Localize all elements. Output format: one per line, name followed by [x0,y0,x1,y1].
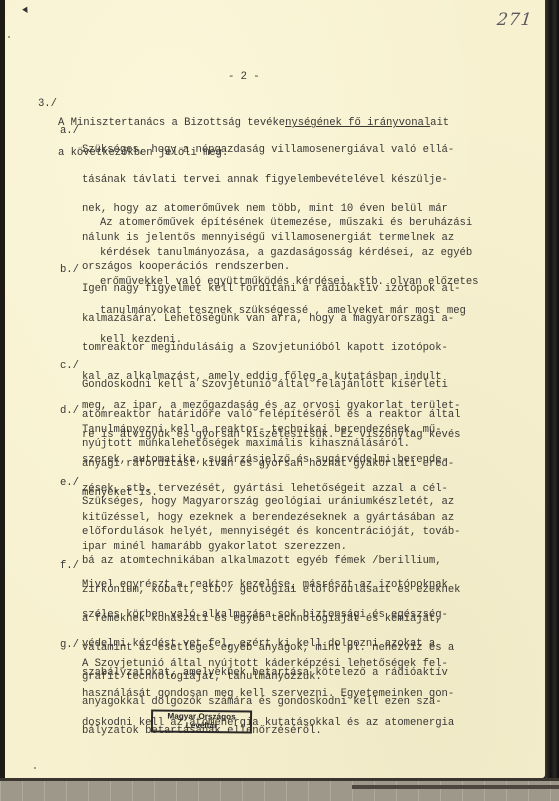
archive-stamp: Magyar Országos Levéltár [151,709,252,733]
list-item-d: d./ Tanulmányozni kell a reaktor- techni… [60,407,73,436]
item-label: g./ [60,641,79,651]
scan-ruler-strip [0,781,559,801]
page-right-edge [545,0,559,780]
paper-speck [8,36,10,38]
list-item-a: a./ Szükséges, hogy a népgazdaság villam… [60,127,73,156]
item-label: c./ [60,362,79,372]
text-line: előfordulások helyét, mennyiségét és kon… [82,528,460,538]
text-line: Szükséges, hogy Magyarország geológiai u… [82,498,460,508]
item-label: b./ [60,266,79,276]
text-line: kalmazására. Lehetőségünk van arra, hogy… [82,315,460,325]
section-3: 3./ A Minisztertanács a Bizottság tevéke… [38,100,51,129]
text-line: tomreaktor megindulásáig a Szovjetunióbó… [82,344,460,354]
list-item-b: b./ Igen nagy figyelmet kell fordítani a… [60,266,73,295]
text-line: Tanulmányozni kell a reaktor- technikai … [82,426,454,436]
paper-speck [34,767,36,769]
text-line: Gondoskodni kell a Szovjetunió által fel… [82,381,460,391]
text-line: kérdések tanulmányozása, a gazdaságosság… [100,249,478,259]
text-line: tásának távlati tervei annak figyelembev… [82,176,454,186]
list-item-f: f./ Mivel egyrészt a reaktor kezelése, m… [60,562,73,591]
text-line: Mivel egyrészt a reaktor kezelése, másré… [82,581,448,591]
text-line: A Szovjetunió által nyújtott káderképzés… [82,660,454,670]
text-line: doskodni kell az atomenergia kutatásokka… [82,719,454,729]
section-number: 3./ [38,100,57,110]
item-body: A Szovjetunió által nyújtott káderképzés… [82,641,454,748]
text-line: Az atomerőművek építésének ütemezése, mű… [100,219,478,229]
text-line: használását gondosan meg kell szervezni.… [82,690,454,700]
text-line: Igen nagy figyelmet kell fordítani a rád… [82,285,460,295]
list-item-c: c./ Gondoskodni kell a Szovjetunió által… [60,362,73,391]
text-line: Szükséges, hogy a népgazdaság villamosen… [82,146,454,156]
text-line: szerek, automatika, sugárzásjelző és sug… [82,456,454,466]
item-label: d./ [60,407,79,417]
scan-ruler-dark-band [352,785,559,789]
stamp-line-2: Levéltár [153,721,250,731]
text-line: széles körben való alkalmazása sok bizto… [82,611,448,621]
item-label: a./ [60,127,79,137]
folio-number: 271 [496,10,534,30]
page-number: - 2 - [228,73,260,83]
item-label: e./ [60,479,79,489]
list-item-g: g./ A Szovjetunió által nyújtott káderké… [60,641,73,670]
item-label: f./ [60,562,79,572]
list-item-e: e./ Szükséges, hogy Magyarország geológi… [60,479,73,508]
